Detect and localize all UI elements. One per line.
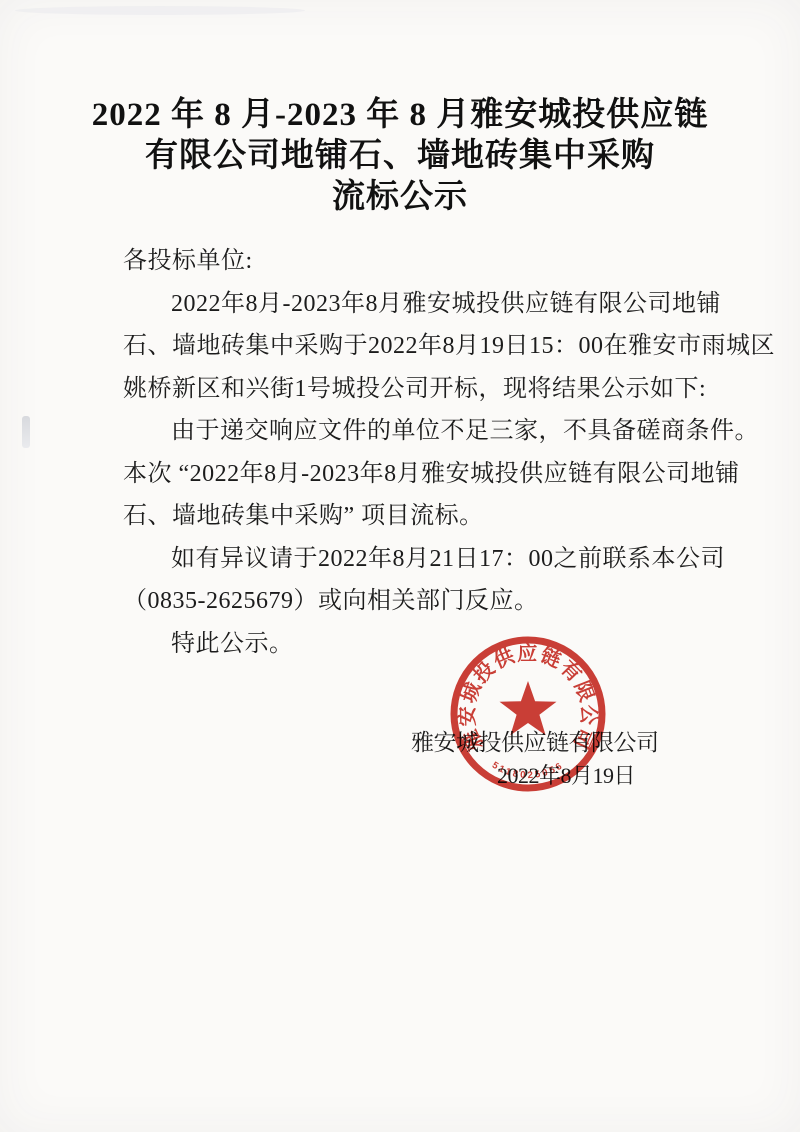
document-title: 2022 年 8 月-2023 年 8 月雅安城投供应链 有限公司地铺石、墙地砖… <box>60 95 740 218</box>
salutation: 各投标单位: <box>123 240 708 283</box>
scan-smudge-left-edge <box>22 416 30 448</box>
scan-smudge-top <box>15 6 305 15</box>
body-line: 如有异议请于2022年8月21日17：00之前联系本公司 <box>123 538 708 581</box>
company-seal-stamp-icon: 雅安城投供应链有限公司 5118025056 <box>447 633 609 795</box>
body-line: 姚桥新区和兴街1号城投公司开标，现将结果公示如下: <box>123 368 708 411</box>
body-line: 石、墙地砖集中采购” 项目流标。 <box>123 495 708 538</box>
title-line-1: 2022 年 8 月-2023 年 8 月雅安城投供应链 <box>60 95 740 136</box>
closing-line: 特此公示。 <box>123 623 708 666</box>
seal-star-icon <box>500 681 557 735</box>
seal-serial-number: 5118025056 <box>490 760 566 781</box>
scanned-document-page: 2022 年 8 月-2023 年 8 月雅安城投供应链 有限公司地铺石、墙地砖… <box>0 0 800 1132</box>
body-line: （0835-2625679）或向相关部门反应。 <box>123 580 708 623</box>
body-line: 本次 “2022年8月-2023年8月雅安城投供应链有限公司地铺 <box>123 453 708 496</box>
body-line: 2022年8月-2023年8月雅安城投供应链有限公司地铺 <box>123 283 708 326</box>
body-line: 石、墙地砖集中采购于2022年8月19日15：00在雅安市雨城区 <box>123 325 708 368</box>
document-body: 各投标单位: 2022年8月-2023年8月雅安城投供应链有限公司地铺 石、墙地… <box>123 240 708 665</box>
title-line-2: 有限公司地铺石、墙地砖集中采购 <box>60 136 740 177</box>
title-line-3: 流标公示 <box>60 177 740 218</box>
body-line: 由于递交响应文件的单位不足三家，不具备磋商条件。 <box>123 410 708 453</box>
